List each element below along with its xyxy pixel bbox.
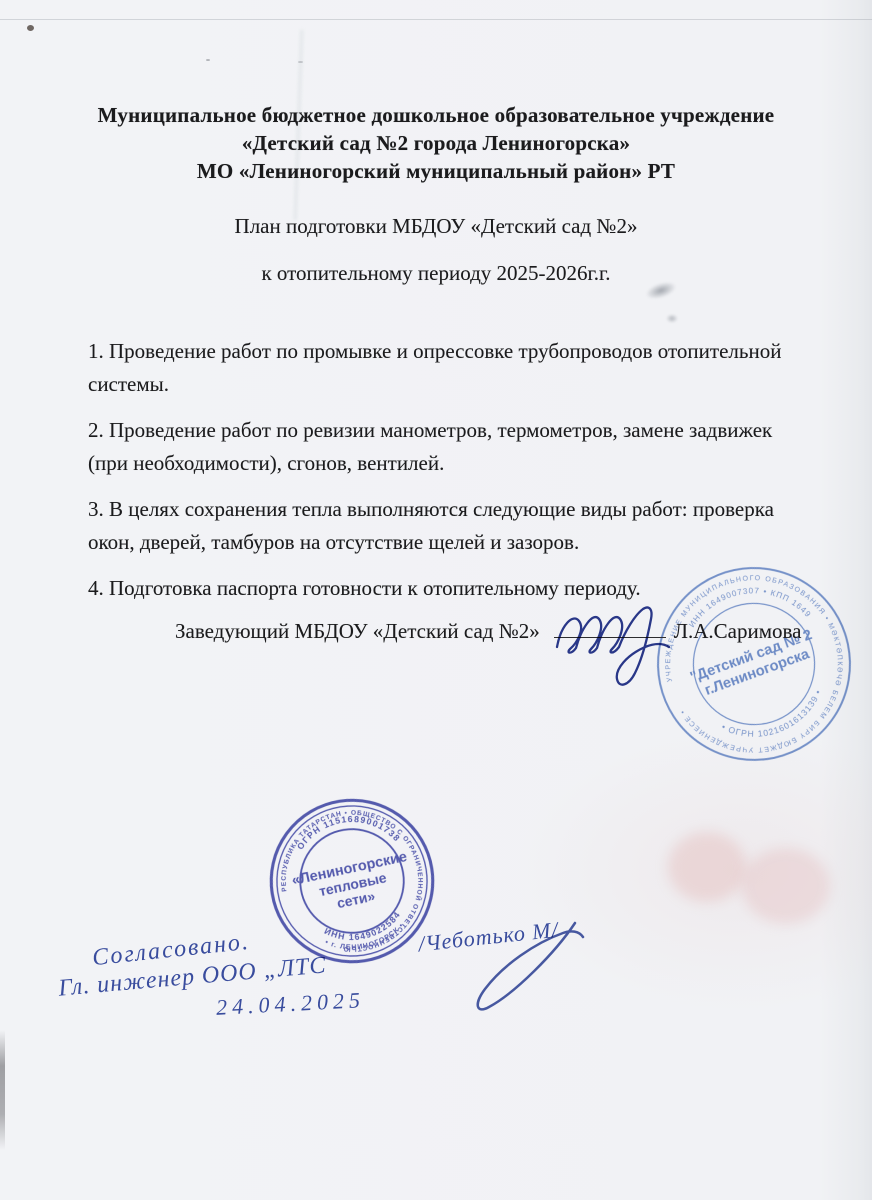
handwritten-date: 24.04.2025 [215,987,365,1021]
approval-row: Заведующий МБДОУ «Детский сад №2»Л.А.Сар… [175,616,802,644]
doc-title-line1: План подготовки МБДОУ «Детский сад №2» [0,214,872,239]
org-header: Муниципальное бюджетное дошкольное образ… [0,101,872,185]
scan-edge-shadow [0,1030,5,1150]
svg-text:ИНН 1649022584: ИНН 1649022584 [321,908,406,947]
plan-item-2: 2. Проведение работ по ревизии манометро… [88,414,810,480]
director-signature [545,585,705,700]
bleedthrough-mark [742,848,830,924]
dust-speck [298,61,303,63]
kg-stamp-ogrn-text: • ОГРН 1021601613139 • [715,686,830,747]
scanned-document-page: Муниципальное бюджетное дошкольное образ… [0,0,872,1200]
doc-title-line2: к отопительному периоду 2025-2026г.г. [0,261,872,286]
scan-edge-line [0,19,872,20]
dust-speck [206,59,210,61]
org-name-line3: МО «Лениногорский муниципальный район» Р… [0,157,872,185]
plan-item-3: 3. В целях сохранения тепла выполняются … [88,493,810,559]
approver-position: Заведующий МБДОУ «Детский сад №2» [175,619,540,643]
ink-speck [27,25,34,31]
svg-text:• ОГРН 1021601613139 •: • ОГРН 1021601613139 • [715,686,830,747]
lts-stamp-inn-text: ИНН 1649022584 [321,908,406,947]
bleedthrough-mark [668,832,746,902]
plan-item-1: 1. Проведение работ по промывке и опресс… [88,335,810,401]
pencil-smudge [666,314,678,323]
org-name-line2: «Детский сад №2 города Лениногорска» [0,129,872,157]
org-name-line1: Муниципальное бюджетное дошкольное образ… [0,101,872,129]
